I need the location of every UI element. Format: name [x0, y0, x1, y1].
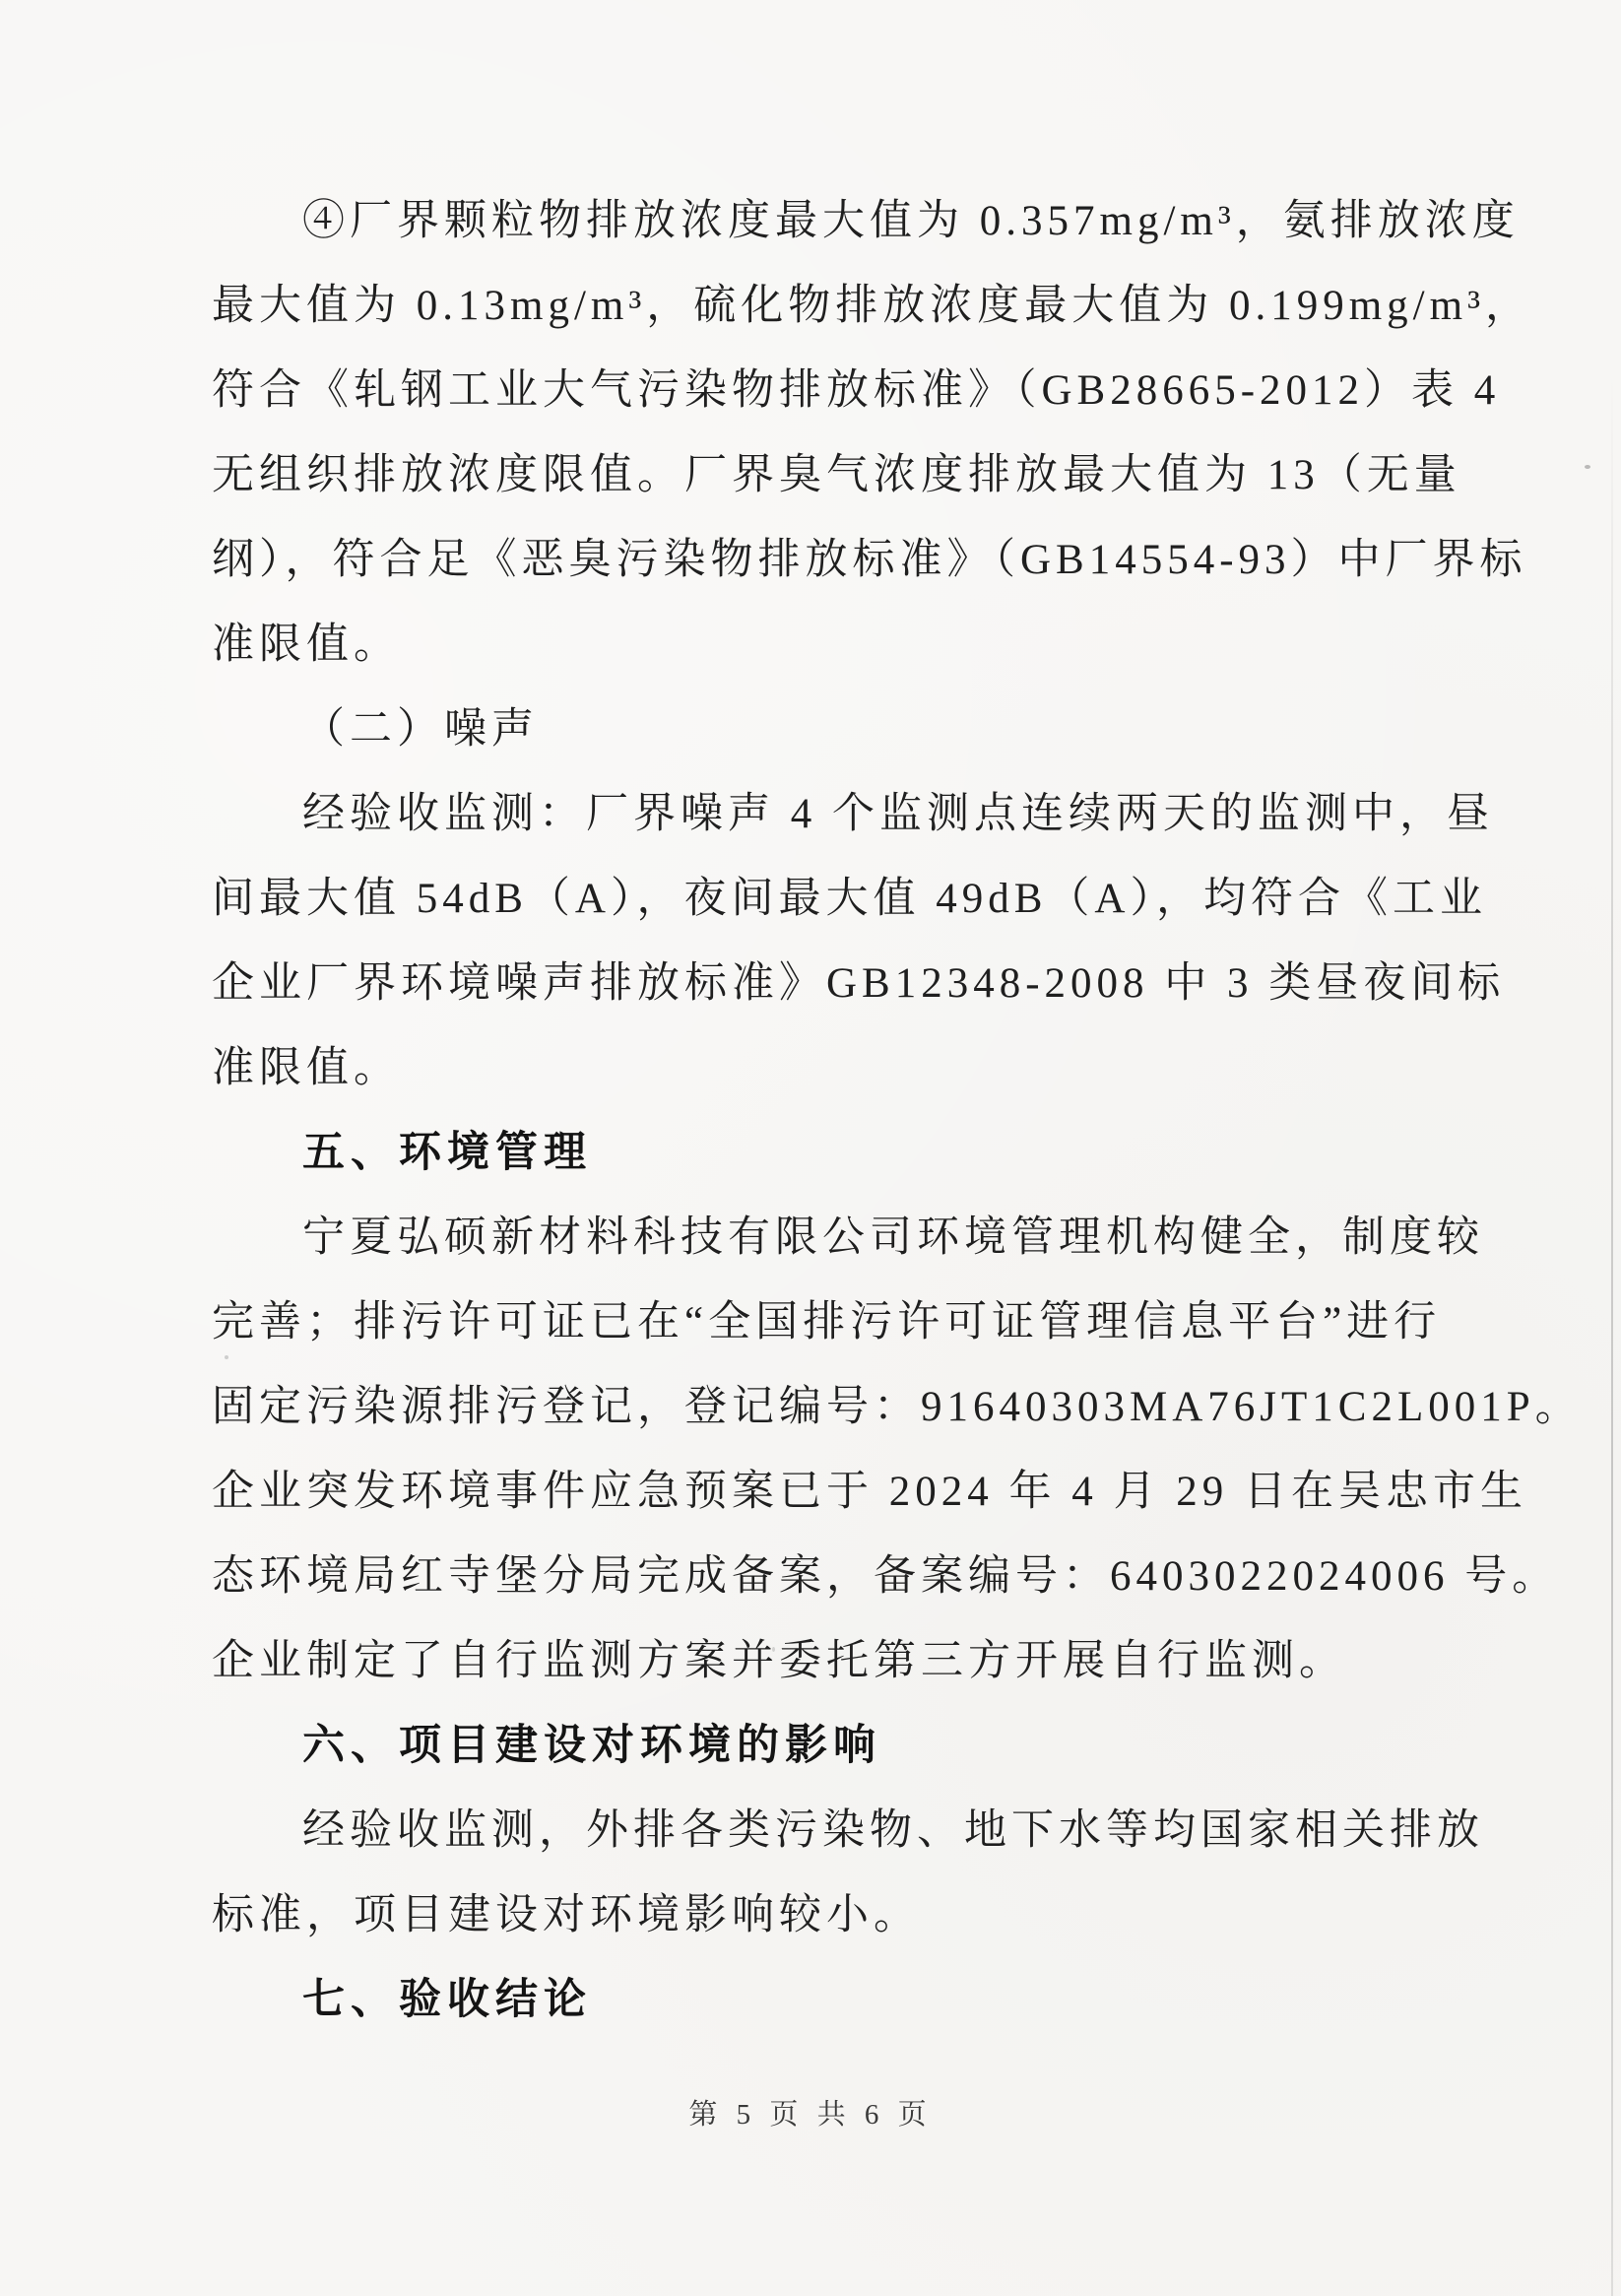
text-line: （二）噪声	[212, 688, 1477, 772]
text-line: 企业突发环境事件应急预案已于 2024 年 4 月 29 日在吴忠市生	[212, 1450, 1477, 1535]
text-line: 态环境局红寺堡分局完成备案，备案编号：6403022024006 号。	[212, 1535, 1477, 1619]
text-line: 经验收监测：厂界噪声 4 个监测点连续两天的监测中，昼	[212, 772, 1477, 857]
text-line: 符合《轧钢工业大气污染物排放标准》（GB28665-2012）表 4	[212, 349, 1477, 433]
document-body: ④厂界颗粒物排放浓度最大值为 0.357mg/m³，氨排放浓度最大值为 0.13…	[212, 179, 1477, 2043]
scan-artifact	[225, 1355, 228, 1359]
section-heading: 六、项目建设对环境的影响	[212, 1704, 1477, 1789]
text-line: 固定污染源排污登记，登记编号：91640303MA76JT1C2L001P。	[212, 1365, 1477, 1450]
text-line: 准限值。	[212, 1026, 1477, 1111]
text-line: 间最大值 54dB（A），夜间最大值 49dB（A），均符合《工业	[212, 857, 1477, 942]
text-line: 最大值为 0.13mg/m³，硫化物排放浓度最大值为 0.199mg/m³，	[212, 264, 1477, 349]
text-line: 企业厂界环境噪声排放标准》GB12348-2008 中 3 类昼夜间标	[212, 942, 1477, 1026]
text-line: 完善；排污许可证已在“全国排污许可证管理信息平台”进行	[212, 1280, 1477, 1365]
scan-artifact	[1585, 465, 1590, 469]
text-line: 经验收监测，外排各类污染物、地下水等均国家相关排放	[212, 1789, 1477, 1873]
text-line: ④厂界颗粒物排放浓度最大值为 0.357mg/m³，氨排放浓度	[212, 179, 1477, 264]
text-line: 准限值。	[212, 603, 1477, 688]
text-line: 企业制定了自行监测方案并委托第三方开展自行监测。	[212, 1619, 1477, 1704]
scan-artifact	[772, 1647, 775, 1652]
text-line: 宁夏弘硕新材料科技有限公司环境管理机构健全，制度较	[212, 1196, 1477, 1280]
text-line: 标准，项目建设对环境影响较小。	[212, 1873, 1477, 1958]
text-line: 纲），符合足《恶臭污染物排放标准》（GB14554-93）中厂界标	[212, 518, 1477, 603]
document-page: ④厂界颗粒物排放浓度最大值为 0.357mg/m³，氨排放浓度最大值为 0.13…	[0, 0, 1621, 2296]
page-footer: 第 5 页 共 6 页	[0, 2092, 1621, 2132]
text-line: 无组织排放浓度限值。厂界臭气浓度排放最大值为 13（无量	[212, 433, 1477, 518]
section-heading: 七、验收结论	[212, 1958, 1477, 2043]
scan-artifact	[1611, 374, 1613, 2296]
section-heading: 五、环境管理	[212, 1111, 1477, 1196]
